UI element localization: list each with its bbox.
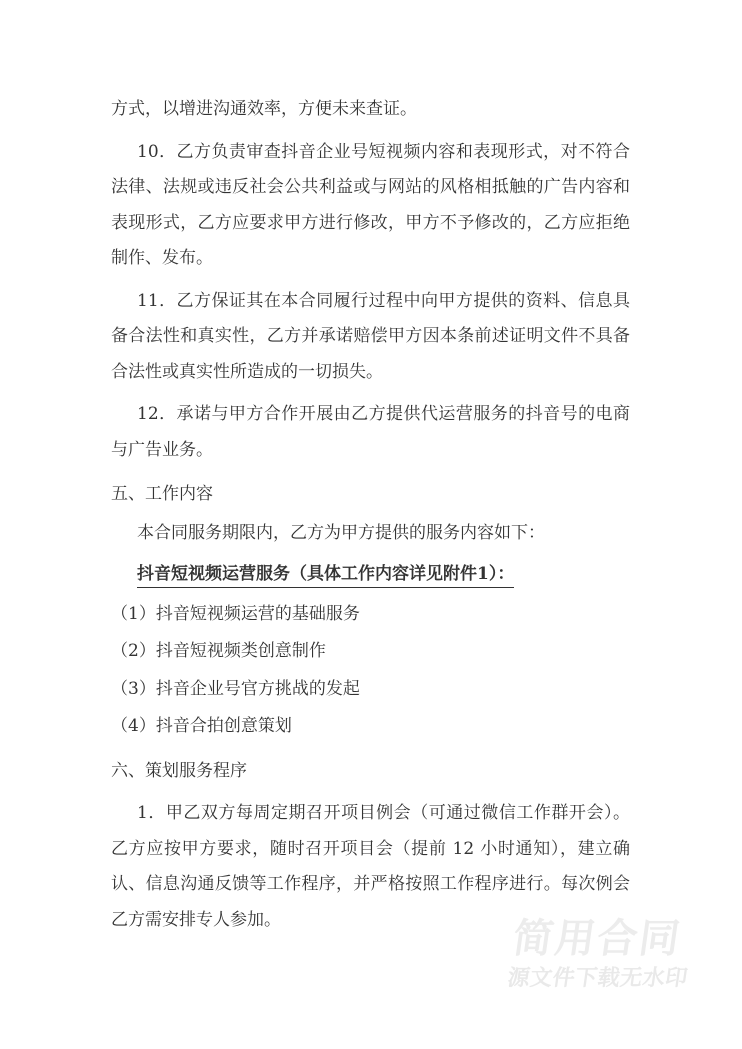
document-line: 表现形式，乙方应要求甲方进行修改，甲方不予修改的，乙方应拒绝 — [111, 206, 630, 242]
list-item: （4）抖音合拍创意策划 — [111, 709, 630, 745]
document-line: 法律、法规或违反社会公共利益或与网站的风格相抵触的广告内容和 — [111, 170, 630, 206]
underlined-subheading: 抖音短视频运营服务（具体工作内容详见附件1）： — [111, 557, 630, 593]
document-line: 12．承诺与甲方合作开展由乙方提供代运营服务的抖音号的电商 — [111, 397, 630, 433]
document-line: 认、信息沟通反馈等工作程序，并严格按照工作程序进行。每次例会 — [111, 867, 630, 903]
list-item: （3）抖音企业号官方挑战的发起 — [111, 672, 630, 708]
document-line: 1．甲乙双方每周定期召开项目例会（可通过微信工作群开会）。 — [111, 796, 630, 832]
list-item: （2）抖音短视频类创意制作 — [111, 634, 630, 670]
section-heading: 六、策划服务程序 — [111, 754, 630, 790]
document-line: 方式，以增进沟通效率，方便未来查证。 — [111, 92, 630, 128]
document-line: 与广告业务。 — [111, 433, 630, 469]
document-line: 备合法性和真实性，乙方并承诺赔偿甲方因本条前述证明文件不具备 — [111, 319, 630, 355]
document-line: 乙方应按甲方要求，随时召开项目会（提前 12 小时通知），建立确 — [111, 832, 630, 868]
document-line: 本合同服务期限内，乙方为甲方提供的服务内容如下： — [111, 516, 630, 552]
document-line: 11．乙方保证其在本合同履行过程中向甲方提供的资料、信息具 — [111, 284, 630, 320]
list-item: （1）抖音短视频运营的基础服务 — [111, 597, 630, 633]
document-line: 10．乙方负责审查抖音企业号短视频内容和表现形式，对不符合 — [111, 135, 630, 171]
contract-page: 方式，以增进沟通效率，方便未来查证。10．乙方负责审查抖音企业号短视频内容和表现… — [0, 0, 742, 1049]
document-line: 乙方需安排专人参加。 — [111, 903, 630, 939]
watermark-subtitle: 源文件下载无水印 — [506, 968, 689, 990]
document-line: 合法性或真实性所造成的一切损失。 — [111, 355, 630, 391]
section-heading: 五、工作内容 — [111, 477, 630, 513]
document-body: 方式，以增进沟通效率，方便未来查证。10．乙方负责审查抖音企业号短视频内容和表现… — [111, 92, 630, 938]
underlined-text: 抖音短视频运营服务（具体工作内容详见附件1）： — [137, 564, 514, 588]
document-line: 制作、发布。 — [111, 241, 630, 277]
